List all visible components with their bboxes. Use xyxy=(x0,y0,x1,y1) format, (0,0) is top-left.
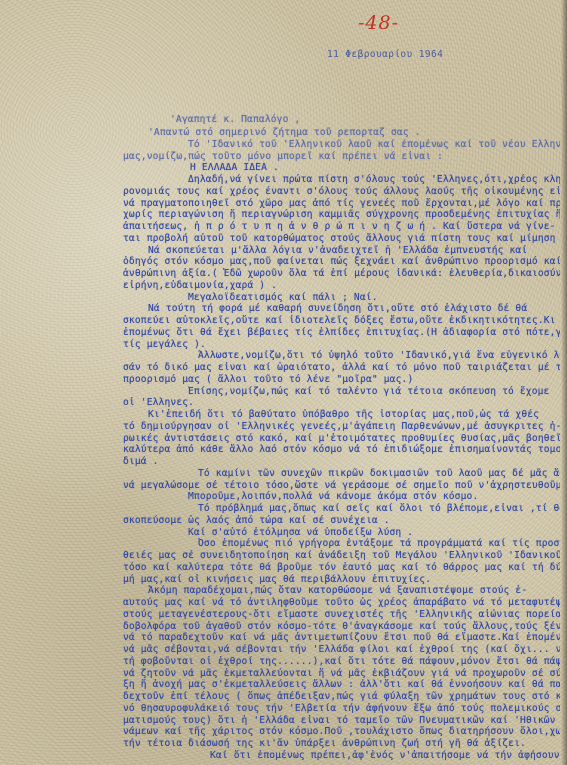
typed-line: αυτούς μας καί νά τό ἀντιληφθοῦμε τοῦτο … xyxy=(123,597,560,608)
typed-line: ται προβολή αὐτοῦ τοῦ κατορθώματος στούς… xyxy=(123,233,560,244)
typed-line: 'Απαντώ στό σημερινό ζήτημα τοῦ ρεπορταζ… xyxy=(148,127,421,138)
scan-edge-shadow xyxy=(561,0,567,765)
typed-line: Ἐπίσης,νομίζω,πώς καί τό ταλέντο γιά τέτ… xyxy=(188,386,549,397)
typed-line: νά ζητοῦν νά μᾶς ἐκμεταλλεύονται ἤ νά μᾶ… xyxy=(123,668,560,679)
typed-line: Νά τούτη τή φορά μέ καθαρή συνείδηση ὅτι… xyxy=(148,303,527,314)
typed-line: Ὅσο ἐπομένως πιό γρήγορα ἐντάξομε τά προ… xyxy=(198,538,560,549)
typed-line: νά τό παραδεχτοῦν καί νά μᾶς ἀντιμετωπίζ… xyxy=(123,632,560,643)
typed-line: Μεγαλοϊδεατισμός καί πάλι ; Ναί. xyxy=(188,292,378,303)
typed-line: ματισμούς τους) ὅτι ἡ 'Ελλάδα εἶναι τό τ… xyxy=(123,715,560,726)
typed-line: Μποροῦμε,λοιπόν,πολλά νά κάνομε ἀκόμα στ… xyxy=(188,491,478,502)
typed-line: νά πραγματοποιηθεῖ στό χῶρο μας ἀπό τίς … xyxy=(123,198,560,209)
typed-line: Η ΕΛΛΑΔΑ ΙΔΕΑ . xyxy=(190,162,279,173)
typed-line: ἐπομένως ὅτι θά ἔχει βέβαιες τίς ἐλπίδες… xyxy=(123,327,560,338)
typed-line: σάν τό δικό μας εἶναι καί ὡραιότατο, ἀλλ… xyxy=(123,362,560,373)
typed-line: σκοπεύει αὐτοκλεῖς,οὔτε καί ἰδιοτελεῖς δ… xyxy=(123,315,556,326)
typed-line: Τό 'Ιδανικό τοῦ 'Ελληνικοῦ λαοῦ καί έπομ… xyxy=(188,139,560,150)
typed-line: χωρίς περιαγώνιση ἤ περιαγνώριση καμμιᾶς… xyxy=(123,209,560,220)
typed-line: καλύτερα ἀπό κάθε ἄλλο λαό στόν κόσμο νά… xyxy=(123,444,560,455)
typed-line: Καί σ'αὐτό ἐτόλμησα νά ὑποδείξω λύση . xyxy=(188,527,413,538)
typed-line: Νά σκοπεύεται μ'ἄλλα λόγια ν'ἀναδειχτεῖ … xyxy=(148,245,527,256)
typed-line: δεχτοῦν ἐπί τέλους ( ὅπως ἀπέδειξαν,πώς … xyxy=(123,691,560,702)
typed-line: τίς μεγάλες ). xyxy=(123,339,206,350)
typed-line: ρωικές ἀντιστάσεις στό κακό, καί μ'ἑτοιμ… xyxy=(123,433,560,444)
typed-line: Τό πρόβλημά μας,ὅπως καί σεῖς καί ὅλοι τ… xyxy=(198,503,560,514)
typed-line: νό θησαυροφυλάκειό τους τήν 'Ελβετία τήν… xyxy=(123,703,560,714)
salutation: 'Αγαπητέ κ. Παπαλόγο , xyxy=(170,114,300,125)
typed-line: ἀπαιτήσεως, ἡ π ρ ό τ υ π η ἀ ν θ ρ ώ π … xyxy=(123,221,556,232)
typed-line: σκοπεύσομε ὡς λαός ἀπό τώρα καί σέ συνέχ… xyxy=(123,515,390,526)
typed-line: τό δημιούργησαν οἱ 'Ελληνικές γενεές,μ'ἀ… xyxy=(123,421,560,432)
page-number: -48- xyxy=(358,12,399,34)
typed-line: μας,νομίζω,πώς τοῦτο μόνο μπορεῖ καί πρέ… xyxy=(123,151,443,162)
typed-line: ὁδηγός στόν κόσμο μας,ποῦ φαίνεται πώς ξ… xyxy=(123,256,560,267)
typed-line: νά μᾶς σέβονται,νά σέβονται τήν 'Ελλάδα … xyxy=(123,644,560,655)
typed-line: τόσο καί καλύτερα τότε θά βροῦμε τόν ἑαυ… xyxy=(123,562,560,573)
typed-line: νά μεγαλώσομε σέ τέτοιο τόσο,ὥστε νά γερ… xyxy=(123,480,560,491)
typed-line: ἀνθρώπινη ἀξία.( Ἐδῶ χωροῦν ὅλα τά ἐπί μ… xyxy=(123,268,560,279)
typed-line: Καί ὅτι ἐπομένως πρέπει,ἀφ'ἑνός ν'ἀπαιτή… xyxy=(210,750,560,761)
typed-line: τήν τέτοια διάσωσή της κι'ἄν ὑπάρξει ἀνθ… xyxy=(123,738,526,749)
typed-line: Κι'ἐπειδή ὅτι τό βαθύτατο ὑπόβαθρο τῆς ἱ… xyxy=(148,409,539,420)
typed-line: στούς μεταγενέστερους-ὅτι εἴμαστε συνεχι… xyxy=(123,609,560,620)
typed-line: προορισμό μας ( ἄλλοι τοῦτο τό λένε "μοῖ… xyxy=(123,374,413,385)
typed-line: Δηλαδή,νά γίνει πρώτα πίστη σ'όλους τούς… xyxy=(188,174,560,185)
typed-line: ρονομιάς τους καί χρέος έναντι σ'όλους τ… xyxy=(123,186,560,197)
typed-line: διμά . xyxy=(123,456,159,467)
typed-line: εἰρήνη,εὐδαιμονία,χαρά ) . xyxy=(123,280,277,291)
typed-line: οἱ 'Ελληνες. xyxy=(123,397,194,408)
typed-line: Τό καμίνι τῶν συνεχῶν πικρῶν δοκιμασιῶν … xyxy=(198,468,560,479)
typed-line: θειές μας σέ συνειδητοποίηση καί ἀνάδειξ… xyxy=(123,550,560,561)
typed-line: τή φοβοῦνται οἱ ἐχθροί της......),καί ὅτ… xyxy=(123,656,560,667)
typed-line: νάμεων καί τῆς χάριτος στόν κόσμο.Ποῦ ,τ… xyxy=(123,726,560,737)
typed-line: μή μας,καί οἱ κινήσεις μας θά περιβάλλου… xyxy=(123,574,431,585)
typed-line: ξη ἤ ἀνοχή μας σ'ἐκμεταλλεύσεις ἄλλων : … xyxy=(123,679,560,690)
typed-line: δοβολφόρα τοῦ ἀγαθοῦ στόν κόσμο-τότε θ'ἀ… xyxy=(123,621,560,632)
typed-line: Ἀκόμη παραδέχομαι,πώς ὅταν κατορθώσομε ν… xyxy=(148,585,527,596)
typed-line: Ἄλλωστε,νομίζω,ὅτι τό ὑψηλό τοῦτο 'Ιδανι… xyxy=(198,350,560,361)
letter-date: 11 Φεβρουαρίου 1964 xyxy=(327,49,443,60)
